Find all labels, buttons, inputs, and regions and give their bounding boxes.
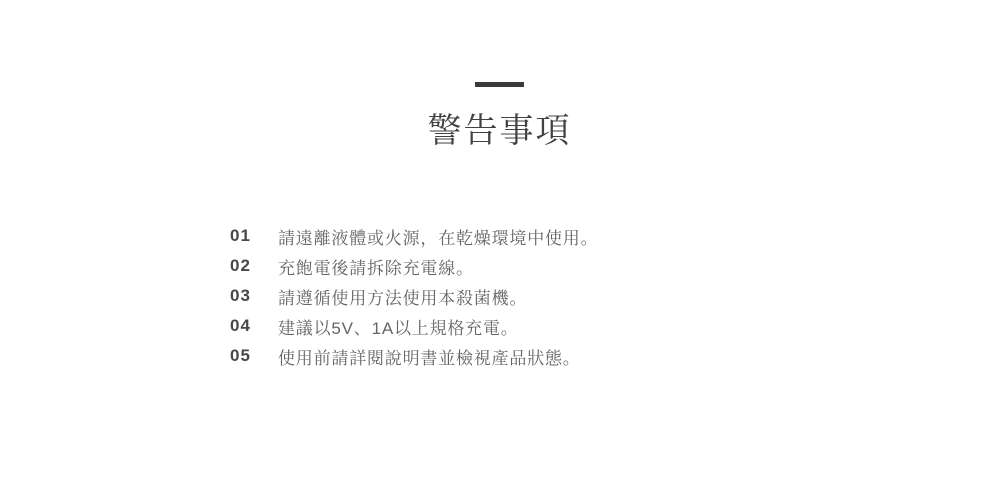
list-item: 05 使用前請詳閱說明書並檢視產品狀態。	[230, 341, 598, 371]
warning-notice-page: 警告事項 01 請遠離液體或火源，在乾燥環境中使用。 02 充飽電後請拆除充電線…	[0, 0, 999, 481]
item-number: 01	[230, 226, 278, 246]
item-text: 使用前請詳閱說明書並檢視產品狀態。	[278, 344, 581, 369]
item-text: 充飽電後請拆除充電線。	[278, 254, 474, 279]
item-number: 04	[230, 316, 278, 336]
page-header: 警告事項	[0, 82, 999, 152]
list-item: 03 請遵循使用方法使用本殺菌機。	[230, 281, 598, 311]
item-text: 請遠離液體或火源，在乾燥環境中使用。	[278, 224, 598, 249]
item-number: 05	[230, 346, 278, 366]
item-text: 建議以5V、1A以上規格充電。	[278, 314, 519, 339]
title-accent-bar	[475, 82, 524, 87]
item-text: 請遵循使用方法使用本殺菌機。	[278, 284, 527, 309]
page-title: 警告事項	[0, 111, 999, 152]
item-number: 03	[230, 286, 278, 306]
list-item: 04 建議以5V、1A以上規格充電。	[230, 311, 598, 341]
list-item: 02 充飽電後請拆除充電線。	[230, 251, 598, 281]
list-item: 01 請遠離液體或火源，在乾燥環境中使用。	[230, 221, 598, 251]
warning-list: 01 請遠離液體或火源，在乾燥環境中使用。 02 充飽電後請拆除充電線。 03 …	[230, 221, 598, 371]
item-number: 02	[230, 256, 278, 276]
